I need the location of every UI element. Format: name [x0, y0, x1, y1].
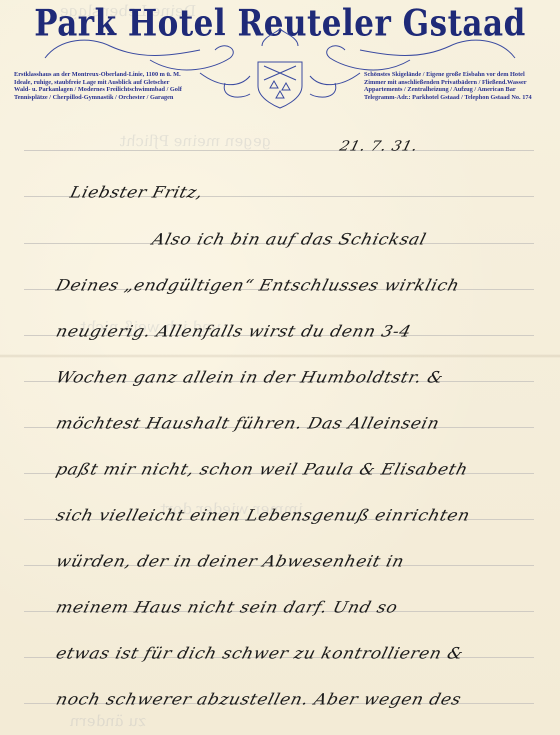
letter-line: Also ich bin auf das Schicksal	[150, 231, 428, 249]
letter-line: würden, der in deiner Abwesenheit in	[54, 553, 406, 571]
letter-line: paßt mir nicht, schon weil Paula & Elisa…	[54, 461, 470, 479]
info-line: Zimmer mit anschließenden Privatbädern /…	[364, 79, 556, 87]
letter-line: sich vielleicht einen Lebensgenuß einric…	[54, 507, 472, 525]
letter-line: noch schwerer abzustellen. Aber wegen de…	[54, 691, 463, 709]
info-line: Wald- u. Parkanlagen / Modernes Freilich…	[14, 86, 214, 94]
info-line: Erstklasshaus an der Montreux-Oberland-L…	[14, 71, 214, 79]
info-line: Tennisplätze / Cherpillod-Gymnastik / Or…	[14, 94, 214, 102]
hotel-info-left: Erstklasshaus an der Montreux-Oberland-L…	[14, 71, 214, 101]
paper-fold-crease	[0, 354, 560, 358]
letter-line: neugierig. Allenfalls wirst du denn 3-4	[54, 323, 413, 341]
letter-salutation: Liebster Fritz,	[68, 184, 205, 202]
letter-line: möchtest Haushalt führen. Das Alleinsein	[54, 415, 441, 433]
letter-line: etwas ist für dich schwer zu kontrollier…	[54, 645, 465, 663]
letter-line: Deines „endgültigen“ Entschlusses wirkli…	[54, 277, 461, 295]
info-line: Appartements / Zentralheizung / Aufzug /…	[364, 86, 556, 94]
letter-line: Wochen ganz allein in der Humboldtstr. &	[54, 369, 445, 387]
info-line: Ideale, ruhige, staubfreie Lage mit Ausb…	[14, 79, 214, 87]
letter-date: 21. 7. 31.	[338, 137, 420, 154]
info-line: Telegramm-Adr.: Parkhotel Gstaad / Telep…	[364, 94, 556, 102]
hotel-info-right: Schönstes Skigelände / Eigene große Eisb…	[364, 71, 556, 101]
letter-line: meinem Haus nicht sein darf. Und so	[54, 599, 400, 617]
info-line: Schönstes Skigelände / Eigene große Eisb…	[364, 71, 556, 79]
